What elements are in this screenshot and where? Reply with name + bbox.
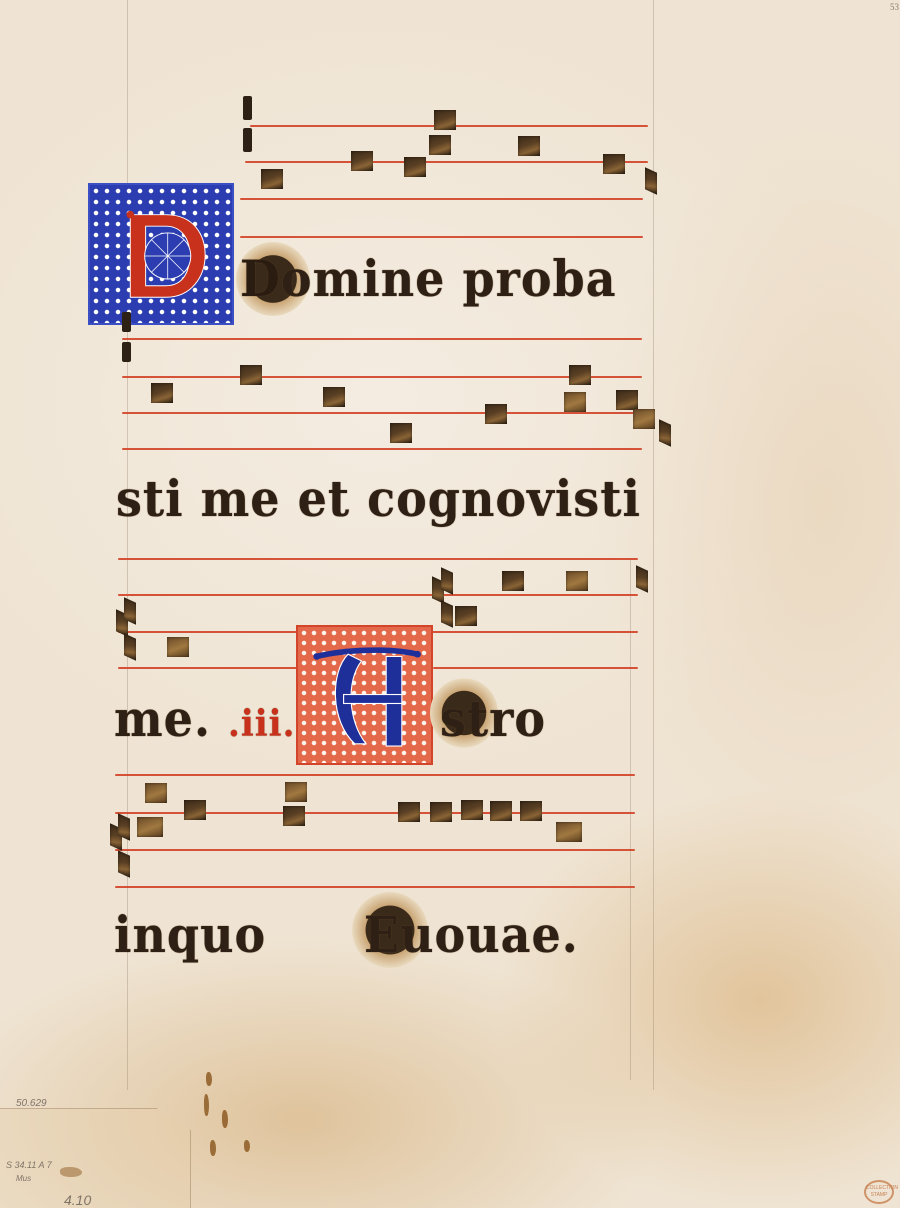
custos (645, 167, 657, 195)
neume (603, 154, 625, 174)
neume (556, 822, 582, 842)
neume (240, 365, 262, 385)
neume (351, 151, 373, 171)
neume (429, 135, 451, 155)
pencil-note: Mus (16, 1174, 31, 1183)
text-line-4-euouae: uouae. (400, 906, 579, 964)
neume (145, 783, 167, 803)
neume (520, 801, 542, 821)
illuminated-initial-a (296, 625, 433, 765)
initial-letter-a-continuation: stro (440, 690, 546, 748)
neume (461, 800, 483, 820)
neume (261, 169, 283, 189)
text-line-4-body: inquo (114, 906, 266, 964)
neume (323, 387, 345, 407)
neume (283, 806, 305, 826)
text-line-4b: Euouae. (364, 906, 579, 964)
rubric-marker: .iii. (228, 703, 295, 746)
custos (636, 565, 648, 593)
ink-stain (244, 1140, 250, 1152)
neume (137, 817, 163, 837)
text-line-3-before: me. (114, 690, 211, 748)
neume (285, 782, 307, 802)
pencil-note: 4.10 (64, 1192, 91, 1208)
cadel-letter-e: E (364, 906, 400, 964)
ruling-right (653, 0, 654, 1090)
c-clef (122, 342, 131, 362)
illuminated-initial-d (88, 183, 234, 325)
neume (518, 136, 540, 156)
neume (441, 600, 453, 628)
neume (430, 802, 452, 822)
text-line-3a: me. .iii. (114, 690, 295, 748)
ruling-right-inner (630, 560, 631, 1080)
neume (485, 404, 507, 424)
manuscript-leaf: 53 Domine proba (0, 0, 900, 1208)
text-line-4a: inquo (114, 906, 266, 964)
neume (398, 802, 420, 822)
text-line-2: sti me et cognovisti (116, 470, 641, 528)
custos (659, 419, 671, 447)
neume (151, 383, 173, 403)
neume (569, 365, 591, 385)
letter-d-icon (112, 207, 210, 303)
ink-stain (204, 1094, 209, 1116)
repair-patch (0, 1108, 191, 1208)
neume (633, 409, 655, 429)
c-clef (243, 96, 252, 120)
neume (124, 633, 136, 661)
ink-stain (222, 1110, 228, 1128)
neume (167, 637, 189, 657)
pencil-note: S 34.11 A 7 (6, 1160, 52, 1170)
text-line-3b: stro (440, 690, 546, 748)
neume (455, 606, 477, 626)
ink-stain (60, 1167, 82, 1177)
text-line-1: Domine proba (240, 250, 617, 308)
text-line-1-body: omine proba (281, 250, 617, 308)
text-line-2-body: sti me et cognovisti (116, 470, 641, 528)
ink-stain (210, 1140, 216, 1156)
folio-number: 53 (890, 2, 899, 12)
c-clef (122, 312, 131, 332)
neume (564, 392, 586, 412)
ink-stain (206, 1072, 212, 1086)
neume (490, 801, 512, 821)
neume (434, 110, 456, 130)
neume (390, 423, 412, 443)
neume (404, 157, 426, 177)
c-clef (243, 128, 252, 152)
neume (616, 390, 638, 410)
neume (184, 800, 206, 820)
neume (118, 850, 130, 878)
neume (566, 571, 588, 591)
initial-letter-d: D (240, 250, 281, 308)
inventory-number: 50.629 (16, 1098, 47, 1109)
letter-a-icon (310, 643, 422, 755)
collection-stamp: COLLECTION STAMP (864, 1180, 894, 1204)
neume (502, 571, 524, 591)
